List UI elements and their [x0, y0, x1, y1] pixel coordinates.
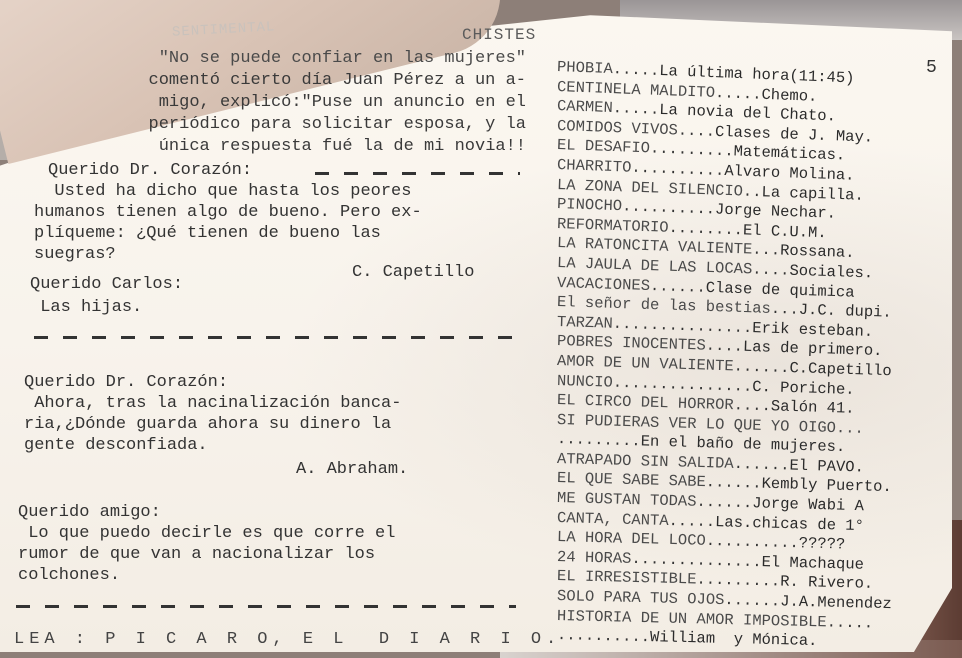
section-header-chistes: CHISTES — [462, 26, 536, 44]
letter-line: rumor de que van a nacionalizar los — [18, 544, 528, 565]
jokes-list: PHOBIA.....La última hora(11:45)CENTINEL… — [557, 58, 957, 646]
joke-answer: Las.chicas de 1° — [715, 513, 864, 535]
joke-answer: R. Rivero. — [780, 573, 873, 593]
leader-dots: ............... — [613, 373, 753, 395]
letter-question: Querido Dr. Corazón: — [48, 160, 558, 181]
joke-title: SOLO PARA TUS OJOS — [557, 587, 725, 609]
joke-answer: Matemáticas. — [733, 143, 845, 165]
leader-dots: ...... — [696, 493, 752, 512]
joke-title: POBRES INOCENTES — [557, 332, 706, 355]
joke-answer: Las de primero. — [743, 338, 883, 360]
leader-dots: ........ — [668, 219, 743, 240]
leader-dots: ...... — [724, 591, 780, 610]
leader-dots: ..... — [715, 84, 762, 104]
leader-dots: .... — [752, 260, 790, 279]
leader-dots: ...... — [706, 474, 762, 494]
leader-dots: .......... — [622, 197, 716, 218]
joke-answer: Sociales. — [789, 262, 873, 283]
leader-dots: .. — [743, 182, 762, 201]
letter-line: suegras? — [34, 244, 544, 265]
letter-signature: A. Abraham. — [296, 460, 408, 479]
leader-dots: .......... — [631, 159, 725, 180]
joke-answer: El Machaque — [761, 553, 864, 574]
letter-greeting: Querido Dr. Corazón: — [24, 372, 534, 393]
letter-greeting: Querido Dr. Corazón: — [48, 160, 558, 181]
letter-greeting: Querido amigo: — [18, 502, 528, 523]
joke-title: VACACIONES — [557, 274, 651, 295]
joke-title: PINOCHO — [557, 195, 623, 215]
letter-line: ria,¿Dónde guarda ahora su dinero la — [24, 414, 534, 435]
joke-answer: C.Capetillo — [789, 359, 892, 380]
letter-body: Usted ha dicho que hasta los peores huma… — [34, 181, 544, 265]
leader-dots: ..... — [668, 512, 715, 531]
section-header-sentimental: SENTIMENTAL — [172, 19, 276, 40]
intro-line: comentó cierto día Juan Pérez a un a- — [56, 70, 526, 92]
joke-answer: Rossana. — [780, 242, 855, 262]
leader-dots: ...... — [650, 277, 706, 297]
leader-dots: ... — [752, 241, 780, 260]
joke-answer: Alvaro Molina. — [724, 162, 855, 185]
letter-line: Ahora, tras la nacinalización banca- — [24, 393, 534, 414]
joke-title: EL IRRESISTIBLE — [557, 567, 697, 588]
letter-line: plíqueme: ¿Qué tienen de bueno las — [34, 223, 544, 244]
joke-title: LA HORA DEL LOCO — [557, 528, 706, 550]
intro-joke: "No se puede confiar en las mujeres" com… — [56, 48, 526, 158]
intro-line: migo, explicó:"Puse un anuncio en el — [56, 92, 526, 114]
leader-dots: ......... — [650, 140, 734, 161]
leader-dots: ... — [771, 300, 799, 319]
intro-line: periódico para solicitar esposa, y la — [56, 114, 526, 136]
leader-dots: .......... — [557, 626, 650, 646]
joke-answer: Jorge Wabi A — [752, 494, 864, 515]
letter-line: Lo que puedo decirle es que corre el — [18, 523, 528, 544]
leader-dots: ......... — [696, 571, 780, 591]
leader-dots: ...... — [733, 455, 789, 475]
dashed-separator — [315, 172, 520, 175]
joke-answer: ????? — [799, 534, 846, 553]
joke-title: NUNCIO — [557, 372, 613, 392]
joke-title: 24 HORAS — [557, 548, 632, 568]
leader-dots: .... — [733, 396, 771, 415]
joke-answer: J.A.Menendez — [780, 592, 892, 613]
dashed-separator — [16, 605, 516, 608]
letter-answer: Querido Carlos: Las hijas. — [30, 274, 540, 318]
joke-answer: Chemo. — [761, 85, 817, 105]
leader-dots: ......... — [557, 430, 641, 450]
joke-title: ME GUSTAN TODAS — [557, 489, 697, 511]
leader-dots: ..... — [612, 99, 659, 119]
leader-dots: .......... — [706, 532, 799, 552]
letter-line: Las hijas. — [30, 297, 540, 318]
joke-answer: El C.U.M. — [743, 221, 827, 242]
leader-dots: .............. — [631, 550, 762, 571]
letter-answer: Querido amigo: Lo que puedo decirle es q… — [18, 502, 528, 586]
joke-title: CHARRITO — [557, 156, 632, 177]
joke-title: REFORMATORIO — [557, 215, 669, 237]
intro-line: "No se puede confiar en las mujeres" — [56, 48, 526, 70]
leader-dots: ..... — [826, 613, 873, 632]
joke-title: PHOBIA — [557, 58, 613, 78]
joke-title: TARZAN — [557, 313, 613, 333]
letter-question: Querido Dr. Corazón: Ahora, tras la naci… — [24, 372, 534, 456]
joke-answer: William y Mónica. — [650, 628, 818, 650]
leader-dots: .... — [706, 337, 744, 356]
letter-greeting: Querido Carlos: — [30, 274, 540, 295]
joke-title: EL QUE SABE SABE — [557, 469, 706, 491]
joke-answer: Erik esteban. — [752, 319, 873, 341]
joke-answer: J.C. dupi. — [798, 301, 892, 322]
joke-title: CANTA, CANTA — [557, 509, 669, 530]
joke-answer: Jorge Nechar. — [715, 201, 836, 223]
leader-dots: ...... — [733, 357, 789, 377]
sentimental-column: SENTIMENTAL "No se puede confiar en las … — [0, 0, 545, 658]
footer-ad: LEA : P I C A R O, E L D I A R I O. — [14, 630, 561, 649]
dashed-separator — [34, 336, 520, 339]
joke-answer: C. Poriche. — [752, 377, 855, 398]
intro-line: única respuesta fué la de mi novia!! — [56, 136, 526, 158]
leader-dots: .... — [678, 121, 716, 140]
letter-line: humanos tienen algo de bueno. Pero ex- — [34, 202, 544, 223]
letter-line: gente desconfiada. — [24, 435, 534, 456]
letter-line: Usted ha dicho que hasta los peores — [34, 181, 544, 202]
joke-answer: El PAVO. — [789, 456, 864, 476]
joke-answer: La capilla. — [761, 183, 864, 205]
joke-title: EL DESAFIO — [557, 136, 651, 157]
joke-answer: Salón 41. — [771, 397, 855, 417]
joke-answer: Kembly Puerto. — [761, 475, 892, 497]
letter-line: colchones. — [18, 565, 528, 586]
joke-title: CARMEN — [557, 97, 613, 117]
leader-dots: ..... — [612, 60, 659, 80]
